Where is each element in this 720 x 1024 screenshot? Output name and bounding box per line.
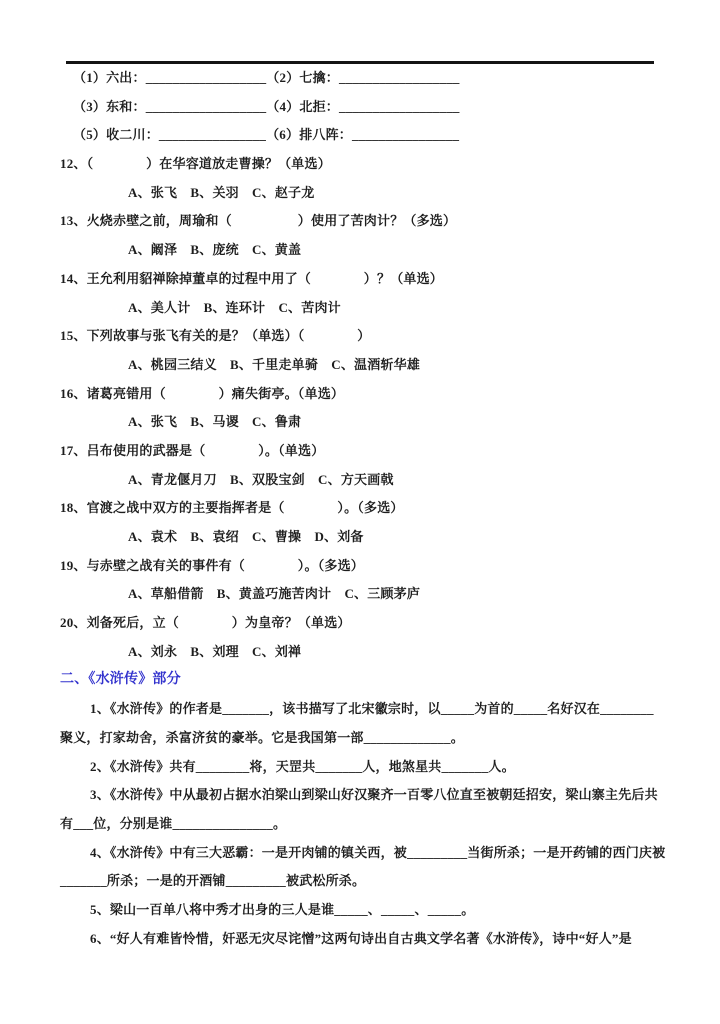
- question-4-line-2: _______所杀；一是的开酒铺_________被武松所杀。: [60, 867, 660, 896]
- question-5-text: 5、梁山一百单八将中秀才出身的三人是谁_____、_____、_____。: [60, 896, 660, 925]
- document-content: （1）六出：__________________（2）七擒：__________…: [60, 64, 660, 953]
- question-13-options: A、阚泽 B、庞统 C、黄盖: [60, 236, 660, 265]
- section-heading-water-margin: 二、《水浒传》部分: [60, 666, 660, 695]
- question-19-options: A、草船借箭 B、黄盖巧施苦肉计 C、三顾茅庐: [60, 580, 660, 609]
- question-6-text: 6、“好人有难皆怜惜，奸恶无灾尽诧憎”这两句诗出自古典文学名著《水浒传》，诗中“…: [60, 925, 660, 954]
- question-19-text: 19、与赤壁之战有关的事件有（ ）。（多选）: [60, 552, 660, 581]
- question-14-text: 14、王允利用貂禅除掉董卓的过程中用了（ ）？（单选）: [60, 265, 660, 294]
- question-20-text: 20、刘备死后，立（ ）为皇帝？（单选）: [60, 609, 660, 638]
- question-13-text: 13、火烧赤壁之前，周瑜和（ ）使用了苦肉计？（多选）: [60, 207, 660, 236]
- fill-blank-line-1-2: （1）六出：__________________（2）七擒：__________…: [60, 64, 660, 93]
- question-16-options: A、张飞 B、马谡 C、鲁肃: [60, 408, 660, 437]
- question-17-options: A、青龙偃月刀 B、双股宝剑 C、方天画戟: [60, 466, 660, 495]
- question-20-options: A、刘永 B、刘理 C、刘禅: [60, 638, 660, 667]
- document-page: （1）六出：__________________（2）七擒：__________…: [0, 0, 720, 1024]
- question-12-text: 12、（ ）在华容道放走曹操？（单选）: [60, 150, 660, 179]
- question-1-line-2: 聚义，打家劫舍，杀富济贫的豪举。它是我国第一部_____________。: [60, 724, 660, 753]
- question-16-text: 16、诸葛亮错用（ ）痛失街亭。（单选）: [60, 380, 660, 409]
- question-14-options: A、美人计 B、连环计 C、苦肉计: [60, 294, 660, 323]
- question-18-text: 18、官渡之战中双方的主要指挥者是（ ）。（多选）: [60, 494, 660, 523]
- question-17-text: 17、吕布使用的武器是（ ）。（单选）: [60, 437, 660, 466]
- question-1-line-1: 1、《水浒传》的作者是_______，该书描写了北宋徽宗时，以_____为首的_…: [60, 695, 660, 724]
- question-15-text: 15、下列故事与张飞有关的是？（单选）（ ）: [60, 322, 660, 351]
- question-2-text: 2、《水浒传》共有________将，天罡共_______人，地煞星共_____…: [60, 753, 660, 782]
- fill-blank-line-5-6: （5）收二川：________________（6）排八阵：__________…: [60, 121, 660, 150]
- question-18-options: A、袁术 B、袁绍 C、曹操 D、刘备: [60, 523, 660, 552]
- question-15-options: A、桃园三结义 B、千里走单骑 C、温酒斩华雄: [60, 351, 660, 380]
- fill-blank-line-3-4: （3）东和：__________________（4）北拒：__________…: [60, 93, 660, 122]
- question-3-line-2: 有___位，分别是谁_______________。: [60, 810, 660, 839]
- question-4-line-1: 4、《水浒传》中有三大恶霸：一是开肉铺的镇关西，被_________当街所杀；一…: [60, 839, 660, 868]
- question-12-options: A、张飞 B、关羽 C、赵子龙: [60, 179, 660, 208]
- question-3-line-1: 3、《水浒传》中从最初占据水泊梁山到梁山好汉聚齐一百零八位直至被朝廷招安，梁山寨…: [60, 781, 660, 810]
